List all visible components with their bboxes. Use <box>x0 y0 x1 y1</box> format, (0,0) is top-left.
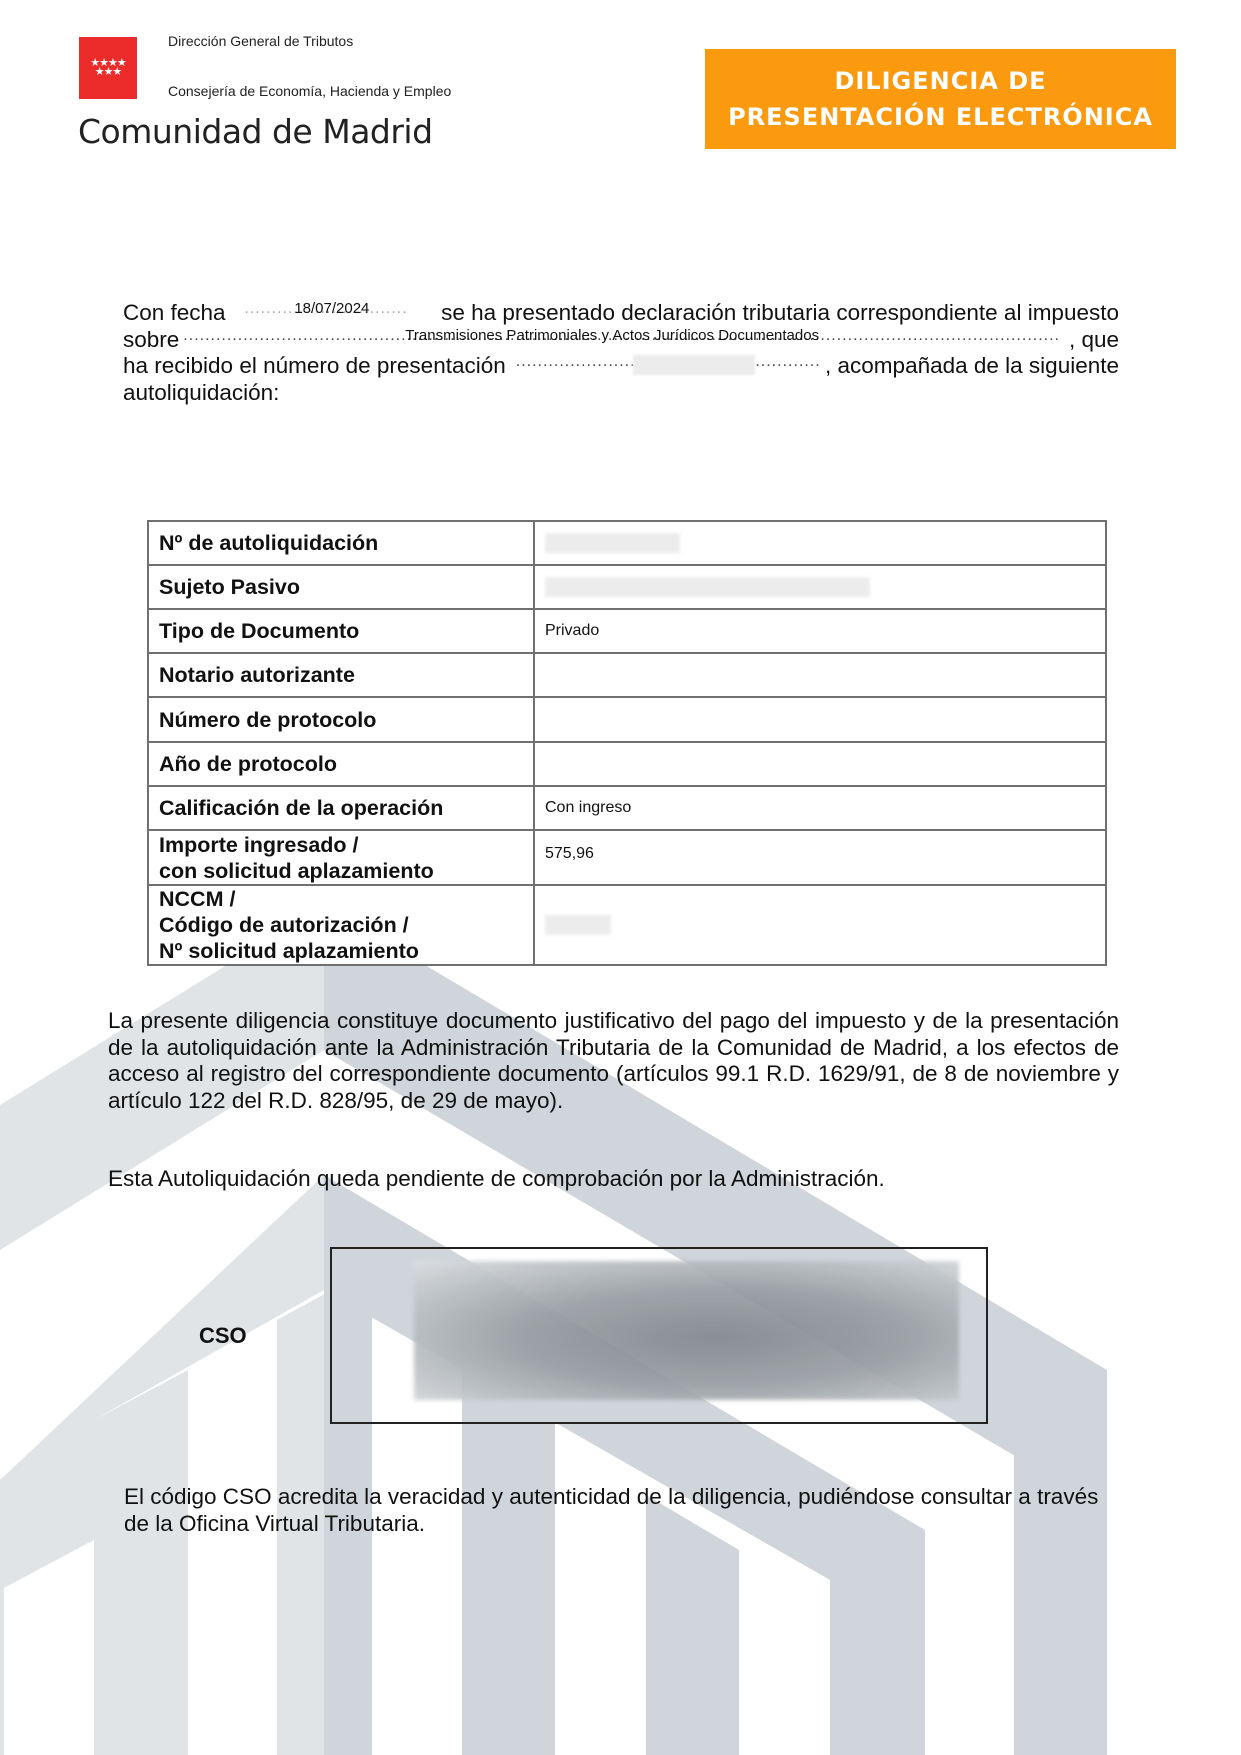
department-name: Dirección General de Tributos <box>168 33 353 49</box>
table-row: Sujeto Pasivo <box>148 565 1106 609</box>
row-label: NCCM / Código de autorización / Nº solic… <box>148 885 534 965</box>
tax-field: ........................................… <box>183 327 1065 354</box>
date-field: .............................. 18/07/202… <box>244 300 422 327</box>
flag-stars-icon: ★★★★ ★★★ <box>79 59 137 77</box>
table-row: Nº de autoliquidación <box>148 521 1106 565</box>
table-row: NCCM / Código de autorización / Nº solic… <box>148 885 1106 965</box>
row-value: 575,96 <box>534 830 1106 885</box>
autoliquidacion-table: Nº de autoliquidaciónSujeto PasivoTipo d… <box>147 520 1107 966</box>
row-label: Año de protocolo <box>148 742 534 786</box>
tax-name: Transmisiones Patrimoniales y Actos Jurí… <box>405 327 819 350</box>
ministry-name: Consejería de Economía, Hacienda y Emple… <box>168 83 451 99</box>
table-row: Tipo de DocumentoPrivado <box>148 609 1106 653</box>
row-value <box>534 697 1106 742</box>
presentation-number-redacted <box>633 355 755 375</box>
row-value <box>534 885 1106 965</box>
row-label: Importe ingresado / con solicitud aplaza… <box>148 830 534 885</box>
title-line-2: PRESENTACIÓN ELECTRÓNICA <box>705 99 1176 135</box>
redacted-value <box>545 533 680 553</box>
row-value <box>534 742 1106 786</box>
row-label: Notario autorizante <box>148 653 534 697</box>
intro-text: autoliquidación: <box>123 380 279 407</box>
document-title-banner: DILIGENCIA DE PRESENTACIÓN ELECTRÓNICA <box>705 49 1176 149</box>
pending-verification-text: Esta Autoliquidación queda pendiente de … <box>108 1166 885 1193</box>
intro-line-2: sobre ..................................… <box>123 327 1119 354</box>
row-value: Privado <box>534 609 1106 653</box>
intro-text: ha recibido el número de presentación <box>123 353 506 380</box>
row-value: Con ingreso <box>534 786 1106 830</box>
redacted-value <box>545 915 611 935</box>
row-value <box>534 653 1106 697</box>
value-text: Con ingreso <box>545 799 631 816</box>
presentation-date: 18/07/2024 <box>294 300 369 323</box>
row-value <box>534 565 1106 609</box>
organization-name: Comunidad de Madrid <box>78 112 433 151</box>
table-row: Notario autorizante <box>148 653 1106 697</box>
table-row: Año de protocolo <box>148 742 1106 786</box>
table-row: Número de protocolo <box>148 697 1106 742</box>
intro-text: sobre <box>123 327 179 354</box>
table-row: Calificación de la operaciónCon ingreso <box>148 786 1106 830</box>
comunidad-madrid-logo: ★★★★ ★★★ <box>79 37 137 99</box>
intro-text: Con fecha <box>123 300 226 327</box>
intro-line-3: ha recibido el número de presentación ..… <box>123 353 1119 380</box>
intro-text: se ha presentado declaración tributaria … <box>441 300 1119 327</box>
row-label: Tipo de Documento <box>148 609 534 653</box>
intro-line-4: autoliquidación: <box>123 380 1119 407</box>
row-value <box>534 521 1106 565</box>
cso-code-box <box>330 1247 988 1424</box>
cso-label: CSO <box>199 1323 247 1349</box>
presentation-number-field: ........................................… <box>516 353 821 380</box>
row-label: Sujeto Pasivo <box>148 565 534 609</box>
row-label: Calificación de la operación <box>148 786 534 830</box>
intro-paragraph: Con fecha ..............................… <box>123 300 1119 406</box>
title-line-1: DILIGENCIA DE <box>705 63 1176 99</box>
value-text: Privado <box>545 622 599 639</box>
intro-line-1: Con fecha ..............................… <box>123 300 1119 327</box>
row-label: Nº de autoliquidación <box>148 521 534 565</box>
row-label: Número de protocolo <box>148 697 534 742</box>
justification-paragraph: La presente diligencia constituye docume… <box>108 1008 1119 1114</box>
table-row: Importe ingresado / con solicitud aplaza… <box>148 830 1106 885</box>
intro-text: , acompañada de la siguiente <box>825 353 1119 380</box>
cso-explanation: El código CSO acredita la veracidad y au… <box>124 1484 1119 1537</box>
value-text: 575,96 <box>545 845 594 862</box>
intro-text: , que <box>1069 327 1119 354</box>
redacted-value <box>545 577 870 597</box>
